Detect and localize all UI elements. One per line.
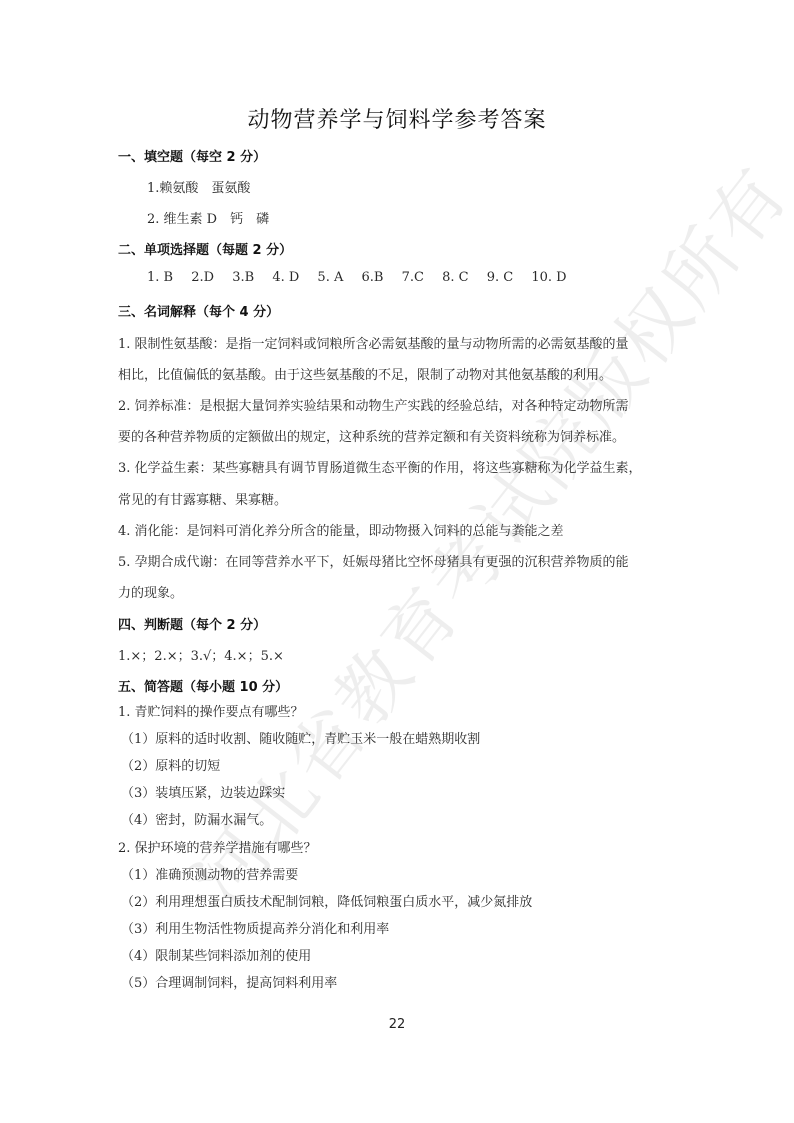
answer-point: （1）原料的适时收割、随收随贮，青贮玉米一般在蜡熟期收割 (121, 728, 480, 747)
true-false-answers: 1.×；2.×；3.√；4.×；5.× (118, 645, 284, 664)
answer-line: 2. 维生素 D 钙 磷 (147, 208, 269, 227)
definition-line: 2. 饲养标准：是根据大量饲养实验结果和动物生产实践的经验总结，对各种特定动物所… (118, 395, 629, 414)
section-heading-short-answer: 五、简答题（每小题 10 分） (118, 676, 288, 695)
choice-answers: 1. B 2.D 3.B 4. D 5. A 6.B 7.C 8. C 9. C… (147, 270, 581, 285)
definition-line: 1. 限制性氨基酸：是指一定饲料或饲粮所含必需氨基酸的量与动物所需的必需氨基酸的… (118, 333, 629, 352)
document-title: 动物营养学与饲料学参考答案 (0, 103, 794, 134)
answer-point: （1）准确预测动物的营养需要 (121, 864, 298, 883)
choice-answer: 3.B (232, 270, 254, 285)
answer-point: （2）原料的切短 (121, 755, 220, 774)
question-text: 2. 保护环境的营养学措施有哪些？ (118, 837, 317, 856)
choice-answer: 2.D (191, 270, 214, 285)
choice-answer: 10. D (531, 270, 566, 285)
definition-line: 4. 消化能：是饲料可消化养分所含的能量，即动物摄入饲料的总能与粪能之差 (118, 520, 564, 539)
answer-point: （3）利用生物活性物质提高养分消化和利用率 (121, 918, 389, 937)
answer-point: （5）合理调制饲料，提高饲料利用率 (121, 972, 337, 991)
choice-answer: 4. D (272, 270, 299, 285)
answer-point: （3）装填压紧，边装边踩实 (121, 782, 285, 801)
section-heading-single-choice: 二、单项选择题（每题 2 分） (118, 239, 292, 258)
document-page: 河北省教育考试院版权所有 动物营养学与饲料学参考答案 一、填空题（每空 2 分）… (0, 0, 794, 1123)
definition-line: 相比，比值偏低的氨基酸。由于这些氨基酸的不足，限制了动物对其他氨基酸的利用。 (118, 364, 612, 383)
question-text: 1. 青贮饲料的操作要点有哪些？ (118, 701, 304, 720)
choice-answer: 5. A (317, 270, 343, 285)
definition-line: 力的现象。 (118, 582, 183, 601)
page-number: 22 (0, 1017, 794, 1032)
answer-point: （4）密封，防漏水漏气。 (121, 809, 272, 828)
section-heading-term-definitions: 三、名词解释（每个 4 分） (118, 301, 279, 320)
answer-point: （2）利用理想蛋白质技术配制饲粮，降低饲粮蛋白质水平，减少氮排放 (121, 891, 532, 910)
answer-line: 1.赖氨酸 蛋氨酸 (147, 177, 250, 196)
choice-answer: 1. B (147, 270, 173, 285)
definition-line: 要的各种营养物质的定额做出的规定，这种系统的营养定额和有关资料统称为饲养标准。 (118, 426, 625, 445)
definition-line: 5. 孕期合成代谢：在同等营养水平下，妊娠母猪比空怀母猪具有更强的沉积营养物质的… (118, 551, 629, 570)
definition-line: 3. 化学益生素：某些寡糖具有调节胃肠道微生态平衡的作用，将这些寡糖称为化学益生… (118, 457, 642, 476)
choice-answer: 7.C (402, 270, 424, 285)
answer-point: （4）限制某些饲料添加剂的使用 (121, 945, 311, 964)
section-heading-fill-blank: 一、填空题（每空 2 分） (118, 146, 266, 165)
choice-answer: 9. C (487, 270, 513, 285)
definition-line: 常见的有甘露寡糖、果寡糖。 (118, 489, 287, 508)
choice-answer: 6.B (362, 270, 384, 285)
section-heading-true-false: 四、判断题（每个 2 分） (118, 614, 266, 633)
choice-answer: 8. C (442, 270, 468, 285)
